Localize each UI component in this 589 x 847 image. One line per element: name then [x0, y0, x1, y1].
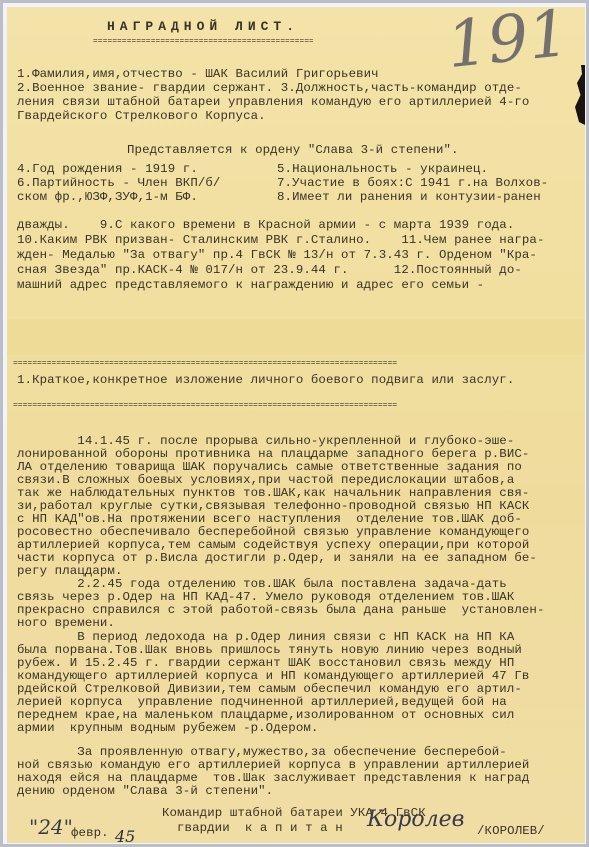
field-position-cont2: Гвардейского Стрелкового Корпуса.: [17, 110, 266, 124]
field-service: дважды. 9.С какого времени в Красной арм…: [17, 219, 514, 233]
date-year: 45: [115, 827, 135, 843]
field-battles: 7.Участие в боях:С 1941 г.на Волхов-: [277, 177, 548, 191]
section-heading: 1.Краткое,конкретное изложение личного б…: [17, 374, 514, 388]
field-name: 1.Фамилия,имя,отчество - ШАК Василий Гри…: [17, 68, 379, 82]
image-frame: 191 НАГРАДНОЙ ЛИСТ. ====================…: [0, 0, 589, 847]
document-title: НАГРАДНОЙ ЛИСТ.: [107, 19, 299, 34]
field-awards-cont: сная Звезда" пр.КАСК-4 № 017/н от 23.9.4…: [17, 264, 522, 278]
field-address: машний адрес представляемого к награжден…: [17, 279, 484, 293]
date-month: февр.: [71, 827, 109, 841]
date-day: "24": [29, 815, 73, 839]
narrative-line: дению орденом "Слава 3-й степени".: [17, 785, 273, 799]
torn-edge: [575, 65, 585, 125]
title-underline: ========================================…: [93, 37, 313, 46]
signature-rank: гвардии к а п и т а н: [177, 822, 343, 836]
field-position-cont: ления связи штабной батареи управления к…: [17, 96, 529, 110]
archive-number: 191: [443, 7, 572, 83]
field-conscription: 10.Каким РВК призван- Сталинским РВК г.С…: [17, 234, 545, 248]
field-birth-year: 4.Год рождения - 1919 г.: [17, 163, 198, 177]
field-wounds: 8.Имеет ли ранения и контузии-ранен: [277, 191, 541, 205]
field-rank-position: 2.Военное звание- гвардии сержант. 3.Дол…: [17, 82, 522, 96]
handwritten-signature: Королев: [367, 807, 464, 832]
fold-band: [7, 319, 585, 355]
field-nationality: 5.Национальность - украинец.: [277, 163, 488, 177]
award-sheet: 191 НАГРАДНОЙ ЛИСТ. ====================…: [7, 7, 585, 843]
field-party: 6.Партийность - Член ВКП/б/: [17, 177, 220, 191]
narrative-line: армии крупным водным рубежем -р.Одером.: [17, 722, 318, 736]
section-rule-bottom: ========================================…: [13, 401, 579, 410]
field-fronts: ском фр.,ЮЗФ,ЗУФ,1-м БФ.: [17, 191, 198, 205]
nomination-line: Представляется к ордену "Слава 3-й степе…: [127, 144, 459, 158]
section-rule-top: ========================================…: [13, 359, 579, 368]
field-awards: жден- Медалью "За отвагу" пр.4 ГвСК № 13…: [17, 249, 537, 263]
narrative-line: ного времени.: [17, 617, 115, 631]
signer-name: /КОРОЛЕВ/: [477, 825, 545, 839]
